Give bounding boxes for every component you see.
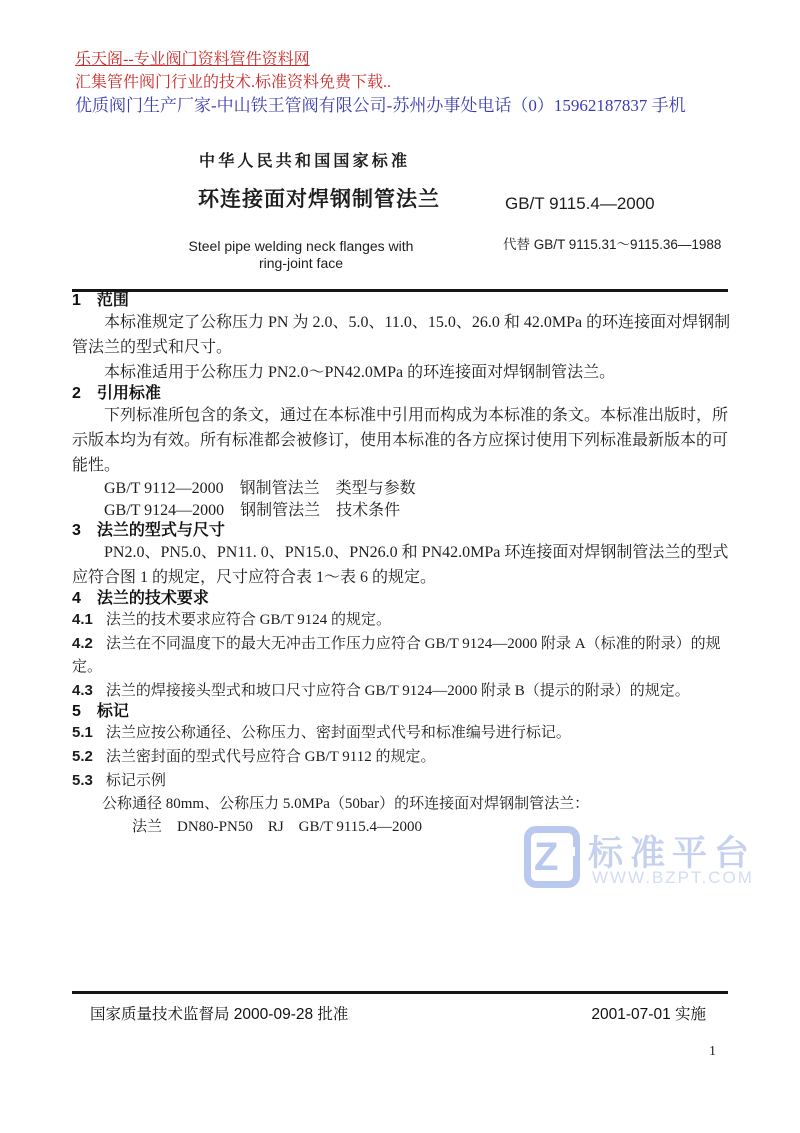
replaces-note: 代替 GB/T 9115.31～9115.36—1988 [503, 233, 721, 253]
marking-example-designation: 法兰 DN80-PN50 RJ GB/T 9115.4—2000 [72, 816, 732, 839]
section-title: 范围 [97, 292, 129, 309]
page-number: 1 [709, 1044, 716, 1060]
clause-text: 标记示例 [106, 773, 166, 789]
standard-number: GB/T 9115.4—2000 [505, 194, 655, 214]
clause-text: 法兰的技术要求应符合 GB/T 9124 的规定。 [106, 612, 391, 628]
footer-divider-rule [72, 991, 728, 994]
clause-text: 法兰的焊接接头型式和坡口尺寸应符合 GB/T 9124—2000 附录 B（提示… [106, 683, 690, 699]
promo-site-link[interactable]: 乐天阁--专业阀门资料管件资料网 [75, 48, 686, 71]
standard-title-english: Steel pipe welding neck flanges with rin… [176, 238, 426, 272]
section-number: 5 [72, 703, 81, 720]
document-page: { "promo": { "line1": "乐天阁--专业阀门资料管件资料网"… [0, 0, 800, 1133]
document-body: 1范围 本标准规定了公称压力 PN 为 2.0、5.0、11.0、15.0、26… [72, 292, 732, 839]
approval-authority-date: 国家质量技术监督局 2000-09-28 批准 [90, 1002, 348, 1024]
clause: 4.1法兰的技术要求应符合 GB/T 9124 的规定。 [72, 608, 732, 632]
section-heading-technical-requirements: 4法兰的技术要求 [72, 590, 732, 608]
clause-number: 5.3 [72, 772, 93, 789]
promo-tagline: 汇集管件阀门行业的技术.标准资料免费下载.. [75, 71, 686, 94]
clause: 4.3法兰的焊接接头型式和坡口尺寸应符合 GB/T 9124—2000 附录 B… [72, 679, 732, 703]
section-heading-marking: 5标记 [72, 703, 732, 721]
section-number: 2 [72, 385, 81, 402]
clause: 5.3标记示例 [72, 769, 732, 793]
implementation-date: 2001-07-01 实施 [591, 1002, 706, 1024]
clause-text: 法兰在不同温度下的最大无冲击工作压力应符合 GB/T 9124—2000 附录 … [72, 636, 721, 675]
paragraph: 本标准规定了公称压力 PN 为 2.0、5.0、11.0、15.0、26.0 和… [72, 310, 732, 360]
marking-example-description: 公称通径 80mm、公称压力 5.0MPa（50bar）的环连接面对焊钢制管法兰… [72, 793, 732, 816]
clause-number: 5.2 [72, 748, 93, 765]
standard-title-chinese: 环连接面对焊钢制管法兰 [198, 183, 440, 213]
section-heading-references: 2引用标准 [72, 385, 732, 403]
section-heading-scope: 1范围 [72, 292, 732, 310]
section-number: 3 [72, 522, 81, 539]
paragraph: 下列标准所包含的条文，通过在本标准中引用而构成为本标准的条文。本标准出版时，所示… [72, 403, 732, 478]
clause-number: 4.1 [72, 611, 93, 628]
national-standard-label: 中华人民共和国国家标准 [199, 148, 410, 171]
clause-text: 法兰密封面的型式代号应符合 GB/T 9112 的规定。 [106, 749, 436, 765]
paragraph: PN2.0、PN5.0、PN11. 0、PN15.0、PN26.0 和 PN42… [72, 540, 732, 590]
promo-header: 乐天阁--专业阀门资料管件资料网 汇集管件阀门行业的技术.标准资料免费下载.. … [75, 48, 686, 117]
clause: 5.2法兰密封面的型式代号应符合 GB/T 9112 的规定。 [72, 745, 732, 769]
clause-text: 法兰应按公称通径、公称压力、密封面型式代号和标准编号进行标记。 [106, 725, 571, 741]
clause-number: 4.2 [72, 635, 93, 652]
section-title: 标记 [97, 703, 129, 720]
watermark-logo-notch [563, 847, 575, 856]
promo-contact: 优质阀门生产厂家-中山铁王管阀有限公司-苏州办事处电话（0）1596218783… [75, 94, 686, 117]
section-number: 4 [72, 590, 81, 607]
clause-number: 4.3 [72, 682, 93, 699]
reference-item: GB/T 9112—2000 钢制管法兰 类型与参数 [72, 478, 732, 500]
clause: 5.1法兰应按公称通径、公称压力、密封面型式代号和标准编号进行标记。 [72, 721, 732, 745]
section-title: 引用标准 [97, 385, 161, 402]
section-title: 法兰的技术要求 [97, 590, 209, 607]
standard-title-english-line2: ring-joint face [176, 255, 426, 272]
section-title: 法兰的型式与尺寸 [97, 522, 225, 539]
watermark-logo-letter: Z [534, 835, 558, 880]
clause-number: 5.1 [72, 724, 93, 741]
standard-title-english-line1: Steel pipe welding neck flanges with [176, 238, 426, 255]
reference-item: GB/T 9124—2000 钢制管法兰 技术条件 [72, 500, 732, 522]
section-heading-types-dimensions: 3法兰的型式与尺寸 [72, 522, 732, 540]
watermark-url: WWW.BZPT.COM [592, 868, 754, 888]
section-number: 1 [72, 292, 81, 309]
clause: 4.2法兰在不同温度下的最大无冲击工作压力应符合 GB/T 9124—2000 … [72, 632, 732, 679]
paragraph: 本标准适用于公称压力 PN2.0～PN42.0MPa 的环连接面对焊钢制管法兰。 [72, 360, 732, 385]
